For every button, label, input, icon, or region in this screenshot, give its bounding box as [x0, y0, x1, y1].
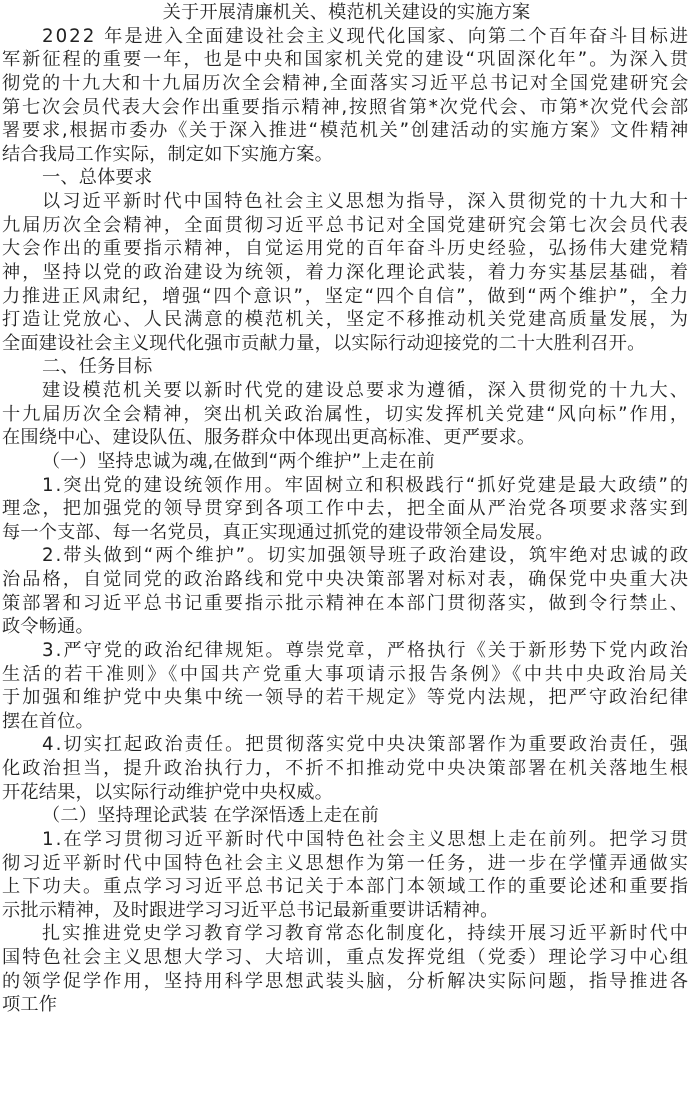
document-line: 上下功夫。重点学习习近平总书记关于本部门本领域工作的重要论述和重要指	[0, 875, 693, 899]
document-line: 扎实推进党史学习教育学习教育常态化制度化，持续开展习近平新时代中	[0, 922, 693, 946]
document-line: （二）坚持理论武装 在学深悟透上走在前	[0, 804, 693, 828]
document-body: 2022 年是进入全面建设社会主义现代化国家、向第二个百年奋斗目标进军新征程的重…	[0, 25, 693, 1017]
document-line: 2022 年是进入全面建设社会主义现代化国家、向第二个百年奋斗目标进	[0, 25, 693, 49]
document-line: 治品格，自觉同党的政治路线和党中央决策部署对标对表，确保党中央重大决	[0, 568, 693, 592]
document-line: 示批示精神，及时跟进学习习近平总书记最新重要讲话精神。	[0, 899, 693, 923]
document-line: 项工作	[0, 993, 693, 1017]
document-line: 力推进正风肃纪，增强“四个意识”，坚定“四个自信”，做到“两个维护”，全力	[0, 285, 693, 309]
document-line: 国特色社会主义思想大学习、大培训，重点发挥党组（党委）理论学习中心组	[0, 946, 693, 970]
document-line: （一）坚持忠诚为魂,在做到“两个维护”上走在前	[0, 450, 693, 474]
document-line: 二、任务目标	[0, 355, 693, 379]
document-line: 全面建设社会主义现代化强市贡献力量，以实际行动迎接党的二十大胜利召开。	[0, 332, 693, 356]
document-line: 于加强和维护党中央集中统一领导的若干规定》等党内法规，把严守政治纪律	[0, 686, 693, 710]
document-line: 打造让党放心、人民满意的模范机关，坚定不移推动机关党建高质量发展，为	[0, 308, 693, 332]
document-line: 化政治担当，提升政治执行力，不折不扣推动党中央决策部署在机关落地生根	[0, 757, 693, 781]
document-line: 彻习近平新时代中国特色社会主义思想作为第一任务，进一步在学懂弄通做实	[0, 852, 693, 876]
document-line: 以习近平新时代中国特色社会主义思想为指导，深入贯彻党的十九大和十	[0, 190, 693, 214]
document-line: 军新征程的重要一年，也是中央和国家机关党的建设“巩固深化年”。为深入贯	[0, 48, 693, 72]
document-line: 每一个支部、每一名党员，真正实现通过抓党的建设带领全局发展。	[0, 521, 693, 545]
document-line: 1.在学习贯彻习近平新时代中国特色社会主义思想上走在前列。把学习贯	[0, 828, 693, 852]
document-line: 结合我局工作实际，制定如下实施方案。	[0, 143, 693, 167]
document-line: 2.带头做到“两个维护”。切实加强领导班子政治建设，筑牢绝对忠诚的政	[0, 544, 693, 568]
document-line: 政令畅通。	[0, 615, 693, 639]
document-line: 理念，把加强党的领导贯穿到各项工作中去，把全面从严治党各项要求落实到	[0, 497, 693, 521]
document-line: 大会作出的重要指示精神，自觉运用党的百年奋斗历史经验，弘扬伟大建党精	[0, 237, 693, 261]
document-line: 建设模范机关要以新时代党的建设总要求为遵循，深入贯彻党的十九大、	[0, 379, 693, 403]
document-line: 1.突出党的建设统领作用。牢固树立和积极践行“抓好党建是最大政绩”的	[0, 474, 693, 498]
document-line: 十九届历次全会精神，突出机关政治属性，切实发挥机关党建“风向标”作用，	[0, 403, 693, 427]
document-line: 神，坚持以党的政治建设为统领，着力深化理论武装，着力夯实基层基础，着	[0, 261, 693, 285]
document-line: 4.切实扛起政治责任。把贯彻落实党中央决策部署作为重要政治责任，强	[0, 733, 693, 757]
document-line: 署要求,根据市委办《关于深入推进“模范机关”创建活动的实施方案》文件精神	[0, 119, 693, 143]
document-line: 生活的若干准则》《中国共产党重大事项请示报告条例》《中共中央政治局关	[0, 663, 693, 687]
document-line: 第七次会员代表大会作出重要指示精神,按照省第*次党代会、市第*次党代会部	[0, 96, 693, 120]
document-line: 3.严守党的政治纪律规矩。尊崇党章，严格执行《关于新形势下党内政治	[0, 639, 693, 663]
document-line: 摆在首位。	[0, 710, 693, 734]
document-line: 九届历次全会精神，全面贯彻习近平总书记对全国党建研究会第七次会员代表	[0, 214, 693, 238]
document-line: 在围绕中心、建设队伍、服务群众中体现出更高标准、更严要求。	[0, 426, 693, 450]
document-line: 开花结果，以实际行动维护党中央权威。	[0, 781, 693, 805]
document-line: 一、总体要求	[0, 166, 693, 190]
document-line: 策部署和习近平总书记重要指示批示精神在本部门贯彻落实，做到令行禁止、	[0, 592, 693, 616]
document-line: 的领学促学作用，坚持用科学思想武装头脑，分析解决实际问题，指导推进各	[0, 970, 693, 994]
document-line: 彻党的十九大和十九届历次全会精神,全面落实习近平总书记对全国党建研究会	[0, 72, 693, 96]
document-title: 关于开展清廉机关、模范机关建设的实施方案	[0, 1, 693, 25]
document-page: 关于开展清廉机关、模范机关建设的实施方案 2022 年是进入全面建设社会主义现代…	[0, 1, 693, 1017]
